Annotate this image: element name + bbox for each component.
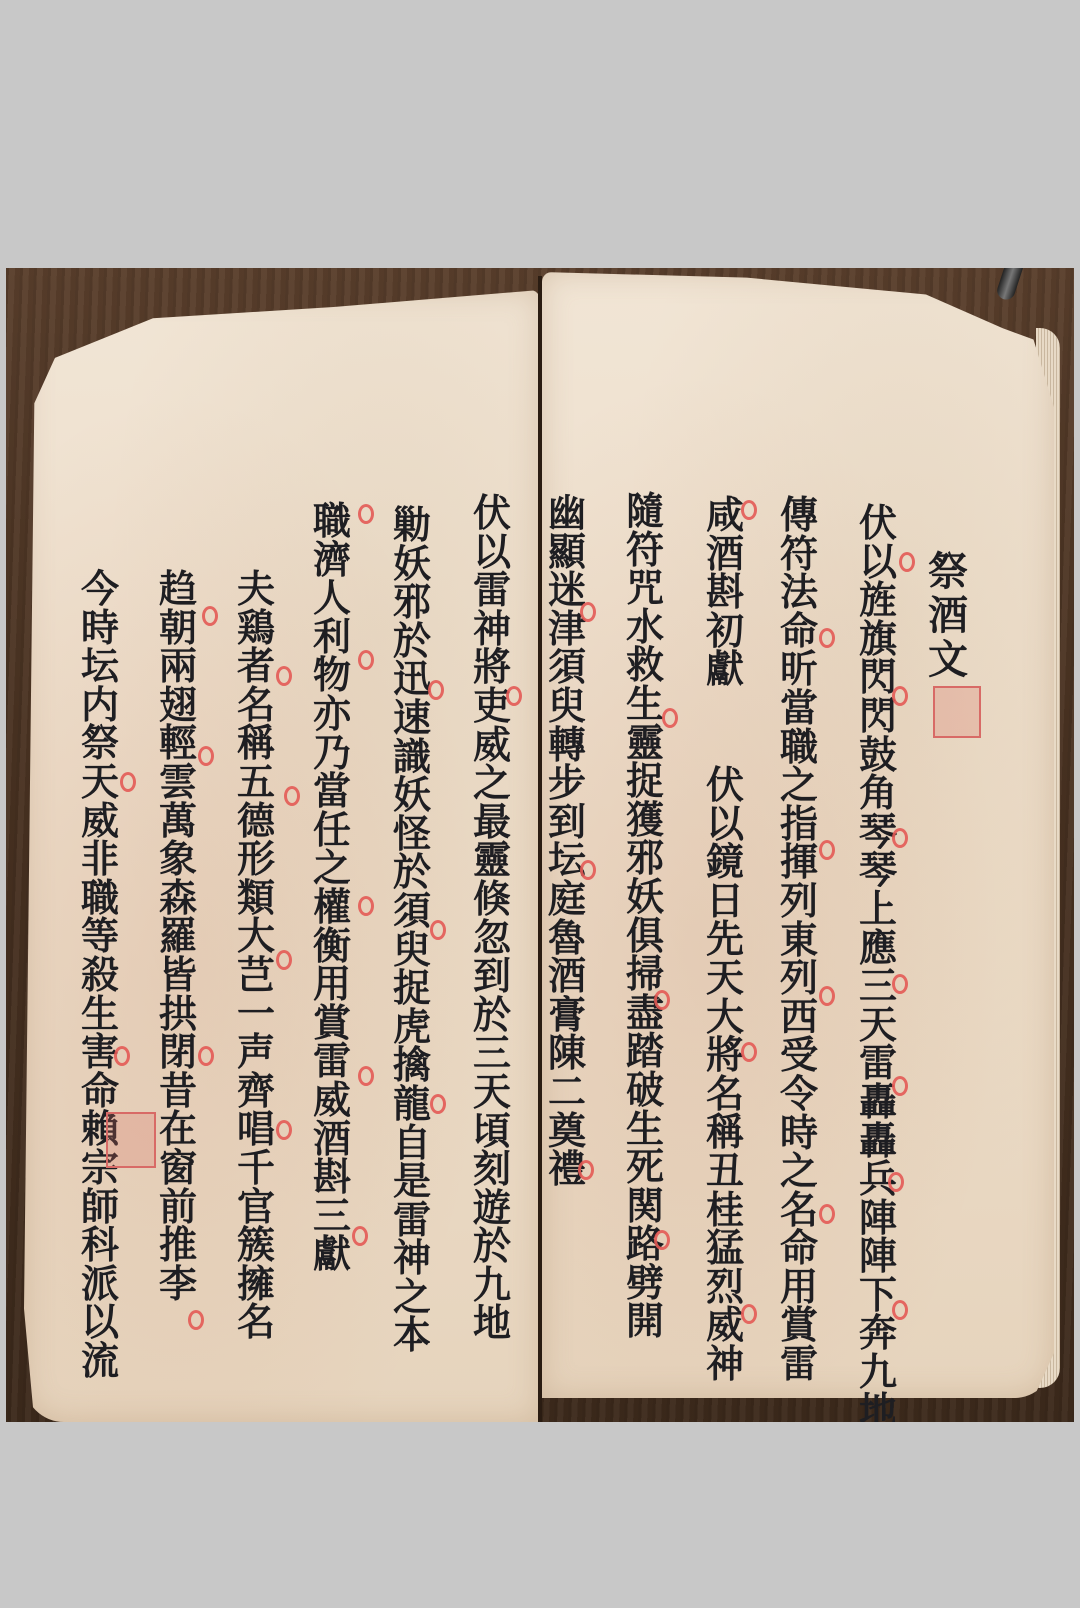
calligraphy-character: 非: [78, 840, 122, 879]
calligraphy-character: 奠: [545, 1112, 589, 1151]
calligraphy-character: 五: [234, 763, 278, 802]
calligraphy-character: 西: [777, 998, 821, 1037]
calligraphy-character: 虎: [390, 1008, 434, 1047]
calligraphy-character: 顯: [545, 533, 589, 572]
calligraphy-character: 三: [310, 1197, 354, 1236]
calligraphy-character: 窗: [156, 1149, 200, 1188]
calligraphy-character: 丑: [703, 1152, 747, 1191]
calligraphy-character: 三: [470, 1034, 514, 1073]
calligraphy-character: 旌: [856, 581, 900, 620]
calligraphy-character: 受: [777, 1036, 821, 1075]
calligraphy-character: 踏: [623, 1032, 667, 1071]
calligraphy-character: 破: [623, 1071, 667, 1110]
punctuation-mark: [352, 1226, 368, 1246]
calligraphy-character: 雲: [156, 763, 200, 802]
calligraphy-character: 職: [777, 728, 821, 767]
calligraphy-character: 救: [623, 646, 667, 685]
calligraphy-character: 濟: [310, 541, 354, 580]
punctuation-mark: [892, 974, 908, 994]
calligraphy-character: 殺: [78, 956, 122, 995]
calligraphy-character: 之: [310, 849, 354, 888]
calligraphy-character: 權: [310, 888, 354, 927]
calligraphy-character: 用: [777, 1268, 821, 1307]
calligraphy-character: 萬: [156, 802, 200, 841]
book-spine: [538, 276, 542, 1422]
calligraphy-character: 於: [390, 853, 434, 892]
calligraphy-character: 令: [777, 1075, 821, 1114]
manuscript-photo: 祭酒文 伏以旌旗閃閃鼓角琴琴上應三天雷轟轟兵陣陣下奔九地 傳符法命昕當職之指揮列…: [6, 268, 1074, 1422]
calligraphy-character: 関: [623, 1187, 667, 1226]
calligraphy-character: 酒: [545, 957, 589, 996]
calligraphy-character: 之: [777, 766, 821, 805]
calligraphy-character: 朝: [156, 609, 200, 648]
calligraphy-character: 妖: [390, 545, 434, 584]
calligraphy-character: 迅: [390, 660, 434, 699]
calligraphy-character: 昔: [156, 1072, 200, 1111]
calligraphy-character: 忽: [470, 919, 514, 958]
calligraphy-character: 東: [777, 921, 821, 960]
calligraphy-character: 以: [703, 805, 747, 844]
calligraphy-character: 以: [470, 533, 514, 572]
calligraphy-character: 拱: [156, 995, 200, 1034]
punctuation-mark: [580, 602, 596, 622]
calligraphy-character: 水: [623, 608, 667, 647]
calligraphy-character: 生: [623, 1110, 667, 1149]
left-column-4: 夫鶏者名稱五德形類大芑一声齊唱千官簇擁名: [234, 570, 278, 1342]
calligraphy-character: 將: [703, 1036, 747, 1075]
calligraphy-character: 旗: [856, 620, 900, 659]
calligraphy-character: 獲: [623, 801, 667, 840]
calligraphy-character: 神: [390, 1239, 434, 1278]
calligraphy-character: 祭: [78, 724, 122, 763]
punctuation-mark: [202, 606, 218, 626]
calligraphy-character: 賞: [310, 1004, 354, 1043]
calligraphy-character: 威: [78, 802, 122, 841]
calligraphy-character: 千: [234, 1149, 278, 1188]
calligraphy-character: 雷: [390, 1201, 434, 1240]
calligraphy-character: 猛: [703, 1229, 747, 1268]
calligraphy-character: 時: [78, 609, 122, 648]
calligraphy-character: 類: [234, 879, 278, 918]
punctuation-mark: [358, 1066, 374, 1086]
calligraphy-character: 趋: [156, 570, 200, 609]
calligraphy-character: 須: [390, 892, 434, 931]
punctuation-mark: [892, 828, 908, 848]
punctuation-mark: [892, 686, 908, 706]
calligraphy-character: 陳: [545, 1034, 589, 1073]
left-column-5: 趋朝兩翅輕雲萬象森羅皆拱閉昔在窗前推李: [156, 570, 200, 1303]
calligraphy-character: 自: [390, 1124, 434, 1163]
calligraphy-character: 之: [470, 764, 514, 803]
punctuation-mark: [506, 686, 522, 706]
calligraphy-character: 亦: [310, 695, 354, 734]
calligraphy-character: 齊: [234, 1072, 278, 1111]
calligraphy-character: 陣: [856, 1237, 900, 1276]
calligraphy-character: 傳: [777, 496, 821, 535]
calligraphy-character: 須: [545, 648, 589, 687]
calligraphy-character: 膏: [545, 996, 589, 1035]
calligraphy-character: 伏: [470, 494, 514, 533]
calligraphy-character: 掃: [623, 955, 667, 994]
calligraphy-character: 鏡: [703, 843, 747, 882]
calligraphy-character: 用: [310, 965, 354, 1004]
calligraphy-character: 二: [545, 1073, 589, 1112]
right-column-2: 傳符法命昕當職之指揮列東列西受令時之名命用賞雷: [777, 496, 821, 1384]
calligraphy-character: 輕: [156, 724, 200, 763]
calligraphy-character: 推: [156, 1226, 200, 1265]
calligraphy-character: 鼓: [856, 736, 900, 775]
calligraphy-character: 以: [856, 543, 900, 582]
calligraphy-character: 人: [310, 579, 354, 618]
calligraphy-character: 命: [777, 612, 821, 651]
calligraphy-character: 魯: [545, 919, 589, 958]
punctuation-mark: [188, 1310, 204, 1330]
right-column-4: 伏以鏡日先天大將名稱丑桂猛烈威神: [703, 766, 747, 1384]
calligraphy-character: 在: [156, 1110, 200, 1149]
calligraphy-character: 桂: [703, 1191, 747, 1230]
calligraphy-character: 命: [777, 1229, 821, 1268]
calligraphy-character: 神: [703, 1345, 747, 1384]
calligraphy-character: 大: [703, 998, 747, 1037]
calligraphy-character: 地: [856, 1392, 900, 1422]
calligraphy-character: 者: [234, 647, 278, 686]
right-column-5: 隨符咒水救生靈捉獲邪妖俱掃盡踏破生死関路劈開: [623, 492, 667, 1341]
calligraphy-character: 本: [390, 1316, 434, 1355]
calligraphy-character: 臾: [545, 687, 589, 726]
calligraphy-character: 職: [78, 879, 122, 918]
calligraphy-character: 神: [470, 610, 514, 649]
punctuation-mark: [358, 896, 374, 916]
calligraphy-character: 俱: [623, 917, 667, 956]
calligraphy-character: 日: [703, 882, 747, 921]
calligraphy-character: 流: [78, 1342, 122, 1381]
punctuation-mark: [741, 1304, 757, 1324]
calligraphy-character: 酒: [310, 1120, 354, 1159]
calligraphy-character: 烈: [703, 1268, 747, 1307]
calligraphy-character: 酒: [926, 594, 970, 638]
calligraphy-character: 符: [777, 535, 821, 574]
right-column-3: 咸酒斟初獻: [703, 496, 747, 689]
calligraphy-character: 速: [390, 699, 434, 738]
left-column-2: 勦妖邪於迅速識妖怪於須臾捉虎擒龍自是雷神之本: [390, 506, 434, 1355]
calligraphy-character: 到: [470, 957, 514, 996]
calligraphy-character: 物: [310, 656, 354, 695]
calligraphy-character: 轟: [856, 1122, 900, 1161]
calligraphy-character: 利: [310, 618, 354, 657]
calligraphy-character: 靈: [470, 841, 514, 880]
calligraphy-character: 列: [777, 959, 821, 998]
calligraphy-character: 之: [777, 1152, 821, 1191]
calligraphy-character: 轉: [545, 726, 589, 765]
calligraphy-character: 職: [310, 502, 354, 541]
punctuation-mark: [430, 920, 446, 940]
calligraphy-character: 捉: [390, 969, 434, 1008]
calligraphy-character: 步: [545, 764, 589, 803]
calligraphy-character: 邪: [390, 583, 434, 622]
calligraphy-character: 羅: [156, 917, 200, 956]
punctuation-mark: [198, 1046, 214, 1066]
calligraphy-character: 閉: [156, 1033, 200, 1072]
calligraphy-character: 衡: [310, 927, 354, 966]
calligraphy-character: 先: [703, 920, 747, 959]
punctuation-mark: [819, 986, 835, 1006]
calligraphy-character: 揮: [777, 843, 821, 882]
calligraphy-character: 遊: [470, 1189, 514, 1228]
right-column-6: 幽顯迷津須臾轉步到坛庭魯酒膏陳二奠禮: [545, 494, 589, 1189]
calligraphy-character: 倏: [470, 880, 514, 919]
calligraphy-character: 大: [234, 917, 278, 956]
calligraphy-character: 伏: [856, 504, 900, 543]
left-column-3: 職濟人利物亦乃當任之權衡用賞雷威酒斟三獻: [310, 502, 354, 1274]
pen-tip: [995, 268, 1023, 302]
calligraphy-character: 到: [545, 803, 589, 842]
calligraphy-character: 刻: [470, 1150, 514, 1189]
calligraphy-character: 頃: [470, 1112, 514, 1151]
punctuation-mark: [580, 860, 596, 880]
calligraphy-character: 天: [78, 763, 122, 802]
calligraphy-character: 隨: [623, 492, 667, 531]
calligraphy-character: 角: [856, 774, 900, 813]
punctuation-mark: [120, 772, 136, 792]
calligraphy-character: 地: [470, 1304, 514, 1343]
calligraphy-character: 芑: [234, 956, 278, 995]
calligraphy-character: 庭: [545, 880, 589, 919]
calligraphy-character: 斟: [310, 1158, 354, 1197]
calligraphy-character: 邪: [623, 839, 667, 878]
calligraphy-character: 奔: [856, 1314, 900, 1353]
calligraphy-character: 陣: [856, 1199, 900, 1238]
calligraphy-character: 咸: [703, 496, 747, 535]
calligraphy-character: 威: [470, 726, 514, 765]
calligraphy-character: 賞: [777, 1306, 821, 1345]
calligraphy-character: 酒: [703, 535, 747, 574]
punctuation-mark: [428, 680, 444, 700]
calligraphy-character: 時: [777, 1114, 821, 1153]
calligraphy-character: 天: [470, 1073, 514, 1112]
calligraphy-character: 天: [856, 1006, 900, 1045]
calligraphy-character: 擒: [390, 1046, 434, 1085]
red-seal-stamp: [106, 1112, 156, 1168]
punctuation-mark: [198, 746, 214, 766]
calligraphy-character: 咒: [623, 569, 667, 608]
punctuation-mark: [654, 990, 670, 1010]
calligraphy-character: 琴: [856, 851, 900, 890]
punctuation-mark: [888, 1172, 904, 1192]
calligraphy-character: 一: [234, 995, 278, 1034]
calligraphy-character: 夫: [234, 570, 278, 609]
calligraphy-character: 形: [234, 840, 278, 879]
calligraphy-character: 斟: [703, 573, 747, 612]
calligraphy-character: 龍: [390, 1085, 434, 1124]
calligraphy-character: 任: [310, 811, 354, 850]
punctuation-mark: [819, 840, 835, 860]
punctuation-mark: [819, 1204, 835, 1224]
calligraphy-character: 於: [470, 996, 514, 1035]
calligraphy-character: 坛: [78, 647, 122, 686]
calligraphy-character: 最: [470, 803, 514, 842]
calligraphy-character: 名: [703, 1075, 747, 1114]
calligraphy-character: 雷: [777, 1345, 821, 1384]
punctuation-mark: [358, 504, 374, 524]
punctuation-mark: [276, 1120, 292, 1140]
punctuation-mark: [284, 786, 300, 806]
calligraphy-character: 昕: [777, 650, 821, 689]
calligraphy-character: 符: [623, 531, 667, 570]
punctuation-mark: [819, 628, 835, 648]
calligraphy-character: 劈: [623, 1264, 667, 1303]
calligraphy-character: 祭: [926, 550, 970, 594]
punctuation-mark: [358, 650, 374, 670]
calligraphy-character: 指: [777, 805, 821, 844]
calligraphy-character: 兩: [156, 647, 200, 686]
calligraphy-character: 科: [78, 1226, 122, 1265]
calligraphy-character: 識: [390, 738, 434, 777]
punctuation-mark: [430, 1094, 446, 1114]
calligraphy-character: 妖: [623, 878, 667, 917]
punctuation-mark: [741, 1042, 757, 1062]
calligraphy-character: 列: [777, 882, 821, 921]
calligraphy-character: 勦: [390, 506, 434, 545]
punctuation-mark: [276, 950, 292, 970]
calligraphy-character: 怪: [390, 815, 434, 854]
calligraphy-character: 威: [310, 1081, 354, 1120]
calligraphy-character: 獻: [703, 650, 747, 689]
calligraphy-character: 法: [777, 573, 821, 612]
calligraphy-character: 森: [156, 879, 200, 918]
calligraphy-character: 名: [777, 1191, 821, 1230]
calligraphy-character: 文: [926, 638, 970, 682]
calligraphy-character: 唱: [234, 1110, 278, 1149]
right-column-1: 伏以旌旗閃閃鼓角琴琴上應三天雷轟轟兵陣陣下奔九地: [856, 504, 900, 1422]
calligraphy-character: 内: [78, 686, 122, 725]
calligraphy-character: 幽: [545, 494, 589, 533]
calligraphy-character: 妖: [390, 776, 434, 815]
calligraphy-character: 生: [78, 995, 122, 1034]
punctuation-mark: [892, 1076, 908, 1096]
calligraphy-character: 師: [78, 1188, 122, 1227]
calligraphy-character: 獻: [310, 1235, 354, 1274]
calligraphy-character: 鶏: [234, 609, 278, 648]
calligraphy-character: 擁: [234, 1265, 278, 1304]
calligraphy-character: 於: [470, 1227, 514, 1266]
calligraphy-character: 雷: [310, 1042, 354, 1081]
calligraphy-character: 李: [156, 1265, 200, 1304]
calligraphy-character: 象: [156, 840, 200, 879]
calligraphy-character: 九: [856, 1353, 900, 1392]
calligraphy-character: 乃: [310, 734, 354, 773]
calligraphy-character: 臾: [390, 931, 434, 970]
calligraphy-character: 稱: [234, 724, 278, 763]
calligraphy-character: 於: [390, 622, 434, 661]
calligraphy-character: 伏: [703, 766, 747, 805]
calligraphy-character: 九: [470, 1266, 514, 1305]
calligraphy-character: 稱: [703, 1113, 747, 1152]
calligraphy-character: 等: [78, 917, 122, 956]
calligraphy-character: 當: [777, 689, 821, 728]
calligraphy-character: 以: [78, 1303, 122, 1342]
calligraphy-character: 皆: [156, 956, 200, 995]
punctuation-mark: [899, 552, 915, 572]
calligraphy-character: 派: [78, 1265, 122, 1304]
calligraphy-character: 名: [234, 1303, 278, 1342]
calligraphy-character: 声: [234, 1033, 278, 1072]
calligraphy-character: 死: [623, 1148, 667, 1187]
calligraphy-character: 官: [234, 1188, 278, 1227]
calligraphy-character: 命: [78, 1072, 122, 1111]
calligraphy-character: 上: [856, 890, 900, 929]
calligraphy-character: 天: [703, 959, 747, 998]
punctuation-mark: [276, 666, 292, 686]
calligraphy-character: 應: [856, 929, 900, 968]
punctuation-mark: [654, 1230, 670, 1250]
red-seal-stamp: [933, 686, 981, 738]
calligraphy-character: 名: [234, 686, 278, 725]
calligraphy-character: 生: [623, 685, 667, 724]
left-column-1: 伏以雷神將吏威之最靈倏忽到於三天頃刻遊於九地: [470, 494, 514, 1343]
calligraphy-character: 雷: [470, 571, 514, 610]
punctuation-mark: [741, 500, 757, 520]
calligraphy-character: 靈: [623, 724, 667, 763]
calligraphy-character: 今: [78, 570, 122, 609]
calligraphy-character: 雷: [856, 1044, 900, 1083]
calligraphy-character: 前: [156, 1188, 200, 1227]
calligraphy-character: 德: [234, 802, 278, 841]
left-column-6: 今時坛内祭天威非職等殺生害命賴宗師科派以流: [78, 570, 122, 1380]
punctuation-mark: [578, 1160, 594, 1180]
calligraphy-character: 開: [623, 1302, 667, 1341]
calligraphy-character: 翅: [156, 686, 200, 725]
calligraphy-character: 之: [390, 1278, 434, 1317]
punctuation-mark: [662, 708, 678, 728]
calligraphy-character: 簇: [234, 1226, 278, 1265]
calligraphy-character: 是: [390, 1162, 434, 1201]
calligraphy-character: 捉: [623, 762, 667, 801]
calligraphy-character: 初: [703, 612, 747, 651]
right-page-title: 祭酒文: [926, 550, 970, 682]
calligraphy-character: 將: [470, 648, 514, 687]
punctuation-mark: [114, 1046, 130, 1066]
punctuation-mark: [892, 1300, 908, 1320]
calligraphy-character: 當: [310, 772, 354, 811]
